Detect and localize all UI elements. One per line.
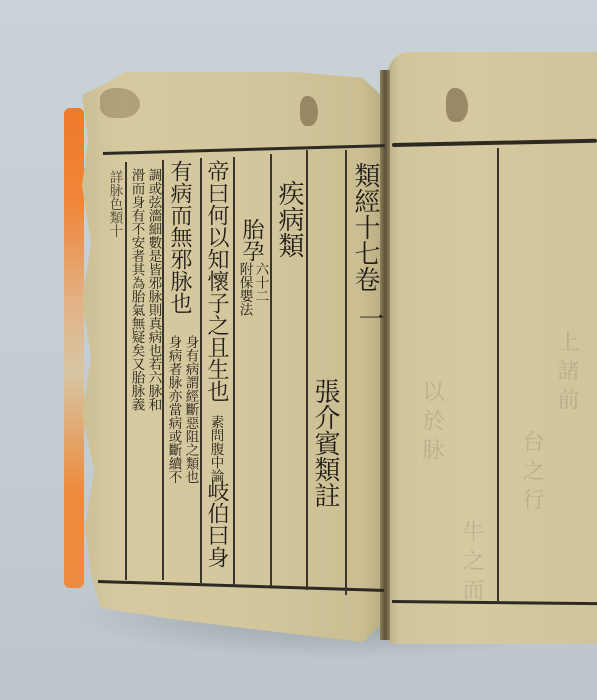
bleed-through-text: 以 於 脉 xyxy=(420,380,442,460)
chapter-number: 六十二 xyxy=(253,262,267,303)
column-rule xyxy=(200,158,202,583)
wormhole-damage xyxy=(446,88,468,122)
photo-scene: 類經十七卷 一 張介賓類註 疾病類 胎孕 六十二 附保嬰法 帝曰何以知懷子之且生… xyxy=(0,0,597,700)
column-rule xyxy=(233,157,235,585)
commentary-line: 身有病謂經斷惡阻之類也 xyxy=(183,335,197,484)
section-title: 疾病類 xyxy=(276,180,302,258)
margin-page-mark: 一 xyxy=(356,305,382,331)
column-rule xyxy=(125,162,127,580)
author-credit: 張介賓類註 xyxy=(312,378,338,508)
commentary-line: 身病者脉亦當病或斷續不 xyxy=(166,335,180,484)
margin-title: 類經十七卷 xyxy=(352,162,378,292)
source-note: 素問腹中論 xyxy=(208,415,222,483)
main-text-line: 有病而無邪脉也 xyxy=(168,160,190,314)
main-text-line: 岐伯曰身 xyxy=(205,480,227,568)
book-edge-orange xyxy=(64,108,84,588)
column-rule xyxy=(162,160,164,580)
chapter-note: 附保嬰法 xyxy=(237,262,251,316)
chapter-title: 胎孕 xyxy=(240,218,262,262)
right-column-rule xyxy=(497,148,499,603)
wormhole-damage xyxy=(300,96,318,126)
bleed-through-text: 台 之 行 xyxy=(520,430,542,510)
torn-corner-damage xyxy=(100,88,140,118)
column-rule xyxy=(345,150,347,595)
column-rule xyxy=(306,150,308,590)
commentary-line: 滑而身有不安者其為胎氣無疑矣又胎脉義 xyxy=(129,168,143,411)
column-rule xyxy=(270,154,272,586)
bleed-through-text: 上 諸 前 xyxy=(555,330,577,410)
main-text-line: 帝曰何以知懷子之且生也 xyxy=(205,160,227,402)
bleed-through-text: 牛 之 而 xyxy=(460,520,482,600)
commentary-line: 調或弦濇細數是皆邪脉則真病也若六脉和 xyxy=(146,168,160,411)
left-page xyxy=(82,72,387,642)
commentary-line: 詳脉色類十 xyxy=(107,170,121,238)
book-gutter xyxy=(380,70,390,640)
